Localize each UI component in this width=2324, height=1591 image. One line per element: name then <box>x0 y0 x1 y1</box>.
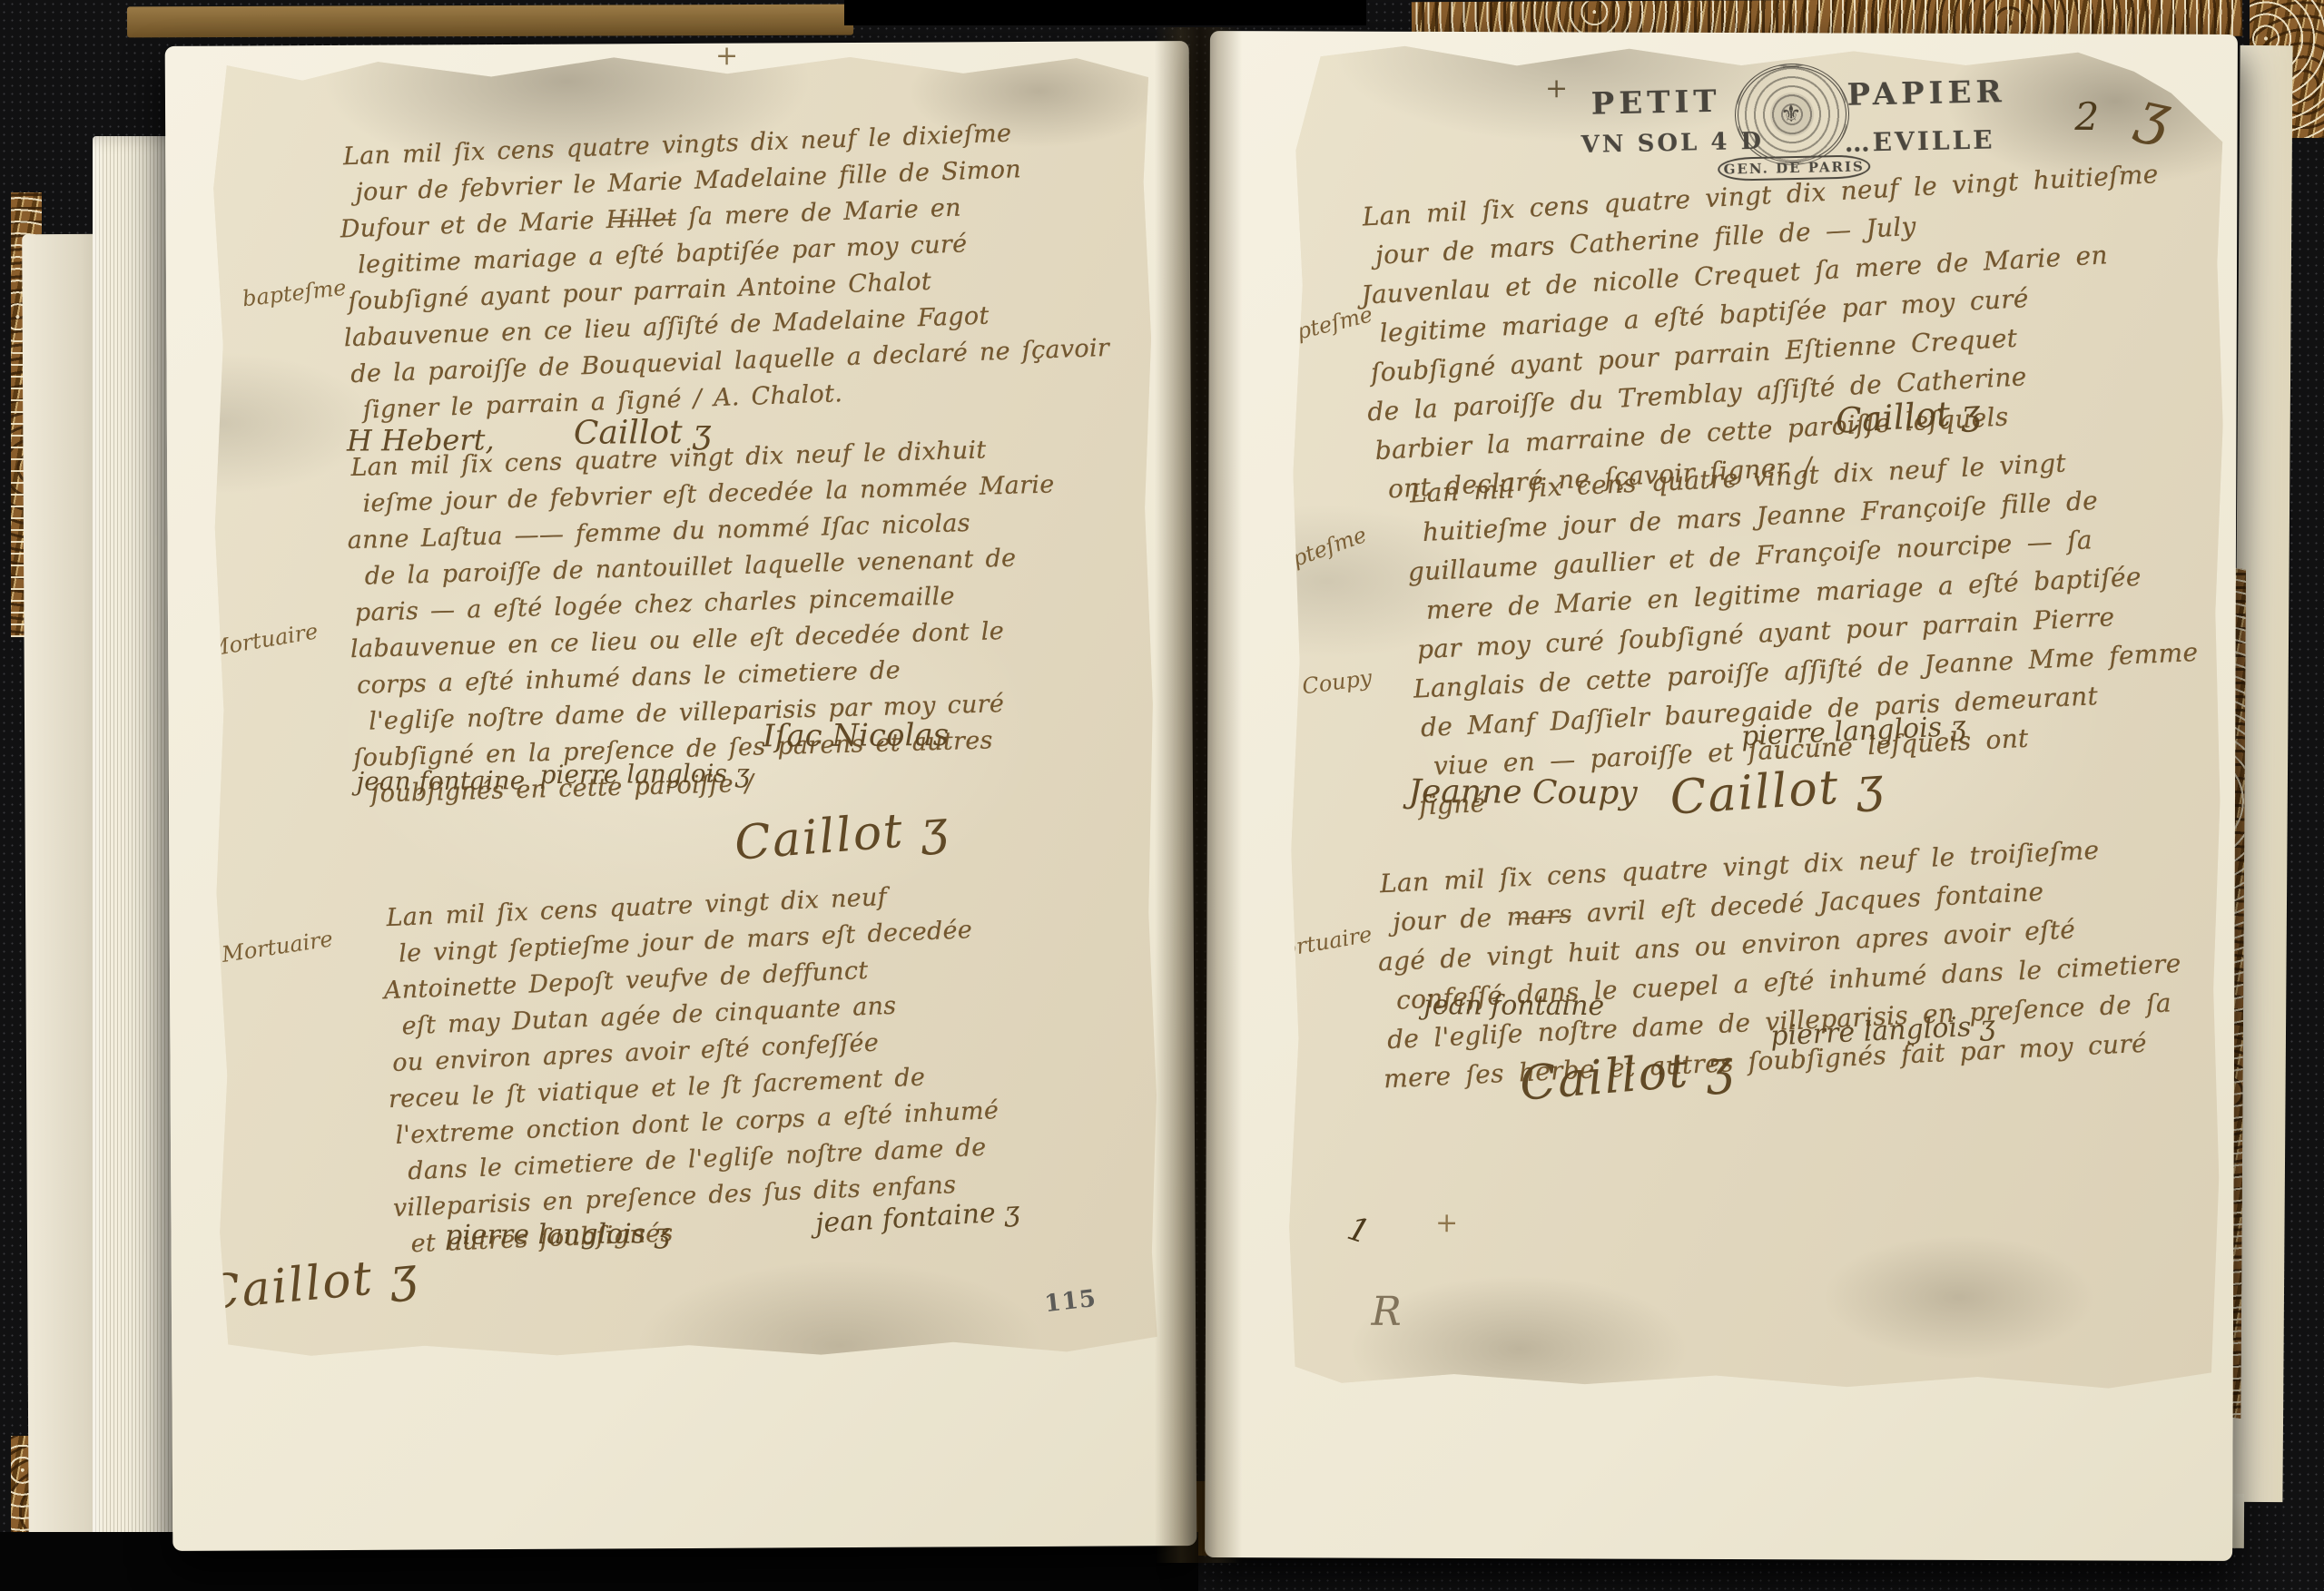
cross-mark-right-top: + <box>1545 73 1568 104</box>
archival-photo: { "scene": {"background": "#111112", "pa… <box>0 0 2324 1591</box>
signature-caillot-2: Caillot ʒ <box>733 800 951 871</box>
left-record-3: Lan mil ſix cens quatre vingt dix neufle… <box>386 866 1217 1262</box>
pencil-folio-number: 115 <box>1043 1285 1098 1318</box>
gutter-top-shadow <box>844 0 1366 25</box>
signature-isac-nicolas: Iſac Nicolas <box>763 717 949 754</box>
cross-mark-right-bottom: + <box>1435 1207 1458 1239</box>
marginal-note-burial-1: Mortuaire <box>205 618 320 662</box>
fleur-de-lis-icon: ⚜ <box>1780 101 1804 129</box>
marginal-note-burial-2: Mortuaire <box>220 926 334 967</box>
left-manuscript-leaf: Lan mil ſix cens quatre vingts dix neuf … <box>208 51 1161 1362</box>
stamp-medallion: ⚜ <box>1734 63 1850 167</box>
marginal-note-coupy: Coupy <box>1301 665 1374 700</box>
signature-fontaine-1: jean fontaine <box>356 765 525 796</box>
stamp-row2-right: …EVILLE <box>1844 124 1995 157</box>
left-record-1: Lan mil ſix cens quatre vingts dix neuf … <box>342 111 1169 429</box>
gutter-shadow <box>1155 27 1242 1563</box>
signature-langlois-1: pierre langlois ʒ <box>539 759 749 791</box>
bottom-number: 1 <box>1343 1210 1374 1252</box>
book-top-edge <box>127 5 853 38</box>
stamp-row2-left: VN SOL 4 D <box>1581 128 1764 159</box>
signature-caillot-3: Caillot ʒ <box>202 1247 420 1321</box>
marginal-note-baptism: bapteſme <box>241 275 348 312</box>
cross-mark-left-top: + <box>715 40 738 72</box>
left-record-2: Lan mil ſix cens quatre vingt dix neuf l… <box>350 427 1177 813</box>
right-record-3: Lan mil ſix cens quatre vingt dix neuf l… <box>1379 825 2233 1099</box>
flourish-mark-bottom: R <box>1371 1289 1401 1335</box>
signature-fontaine: jean fontaine <box>1423 989 1604 1022</box>
signature-jeanne-coupy: Jeanne Coupy <box>1408 773 1637 811</box>
signature-langlois-2: pierre langlois ʒ <box>445 1218 670 1252</box>
stamp-word-petit: PETIT <box>1590 83 1721 123</box>
stamp-word-papier: PAPIER <box>1846 74 2006 113</box>
right-manuscript-leaf: PETIT PAPIER VN SOL 4 D …EVILLE ⚜ GEN. D… <box>1285 43 2228 1392</box>
ink-folio-number: 2 <box>2074 94 2099 139</box>
